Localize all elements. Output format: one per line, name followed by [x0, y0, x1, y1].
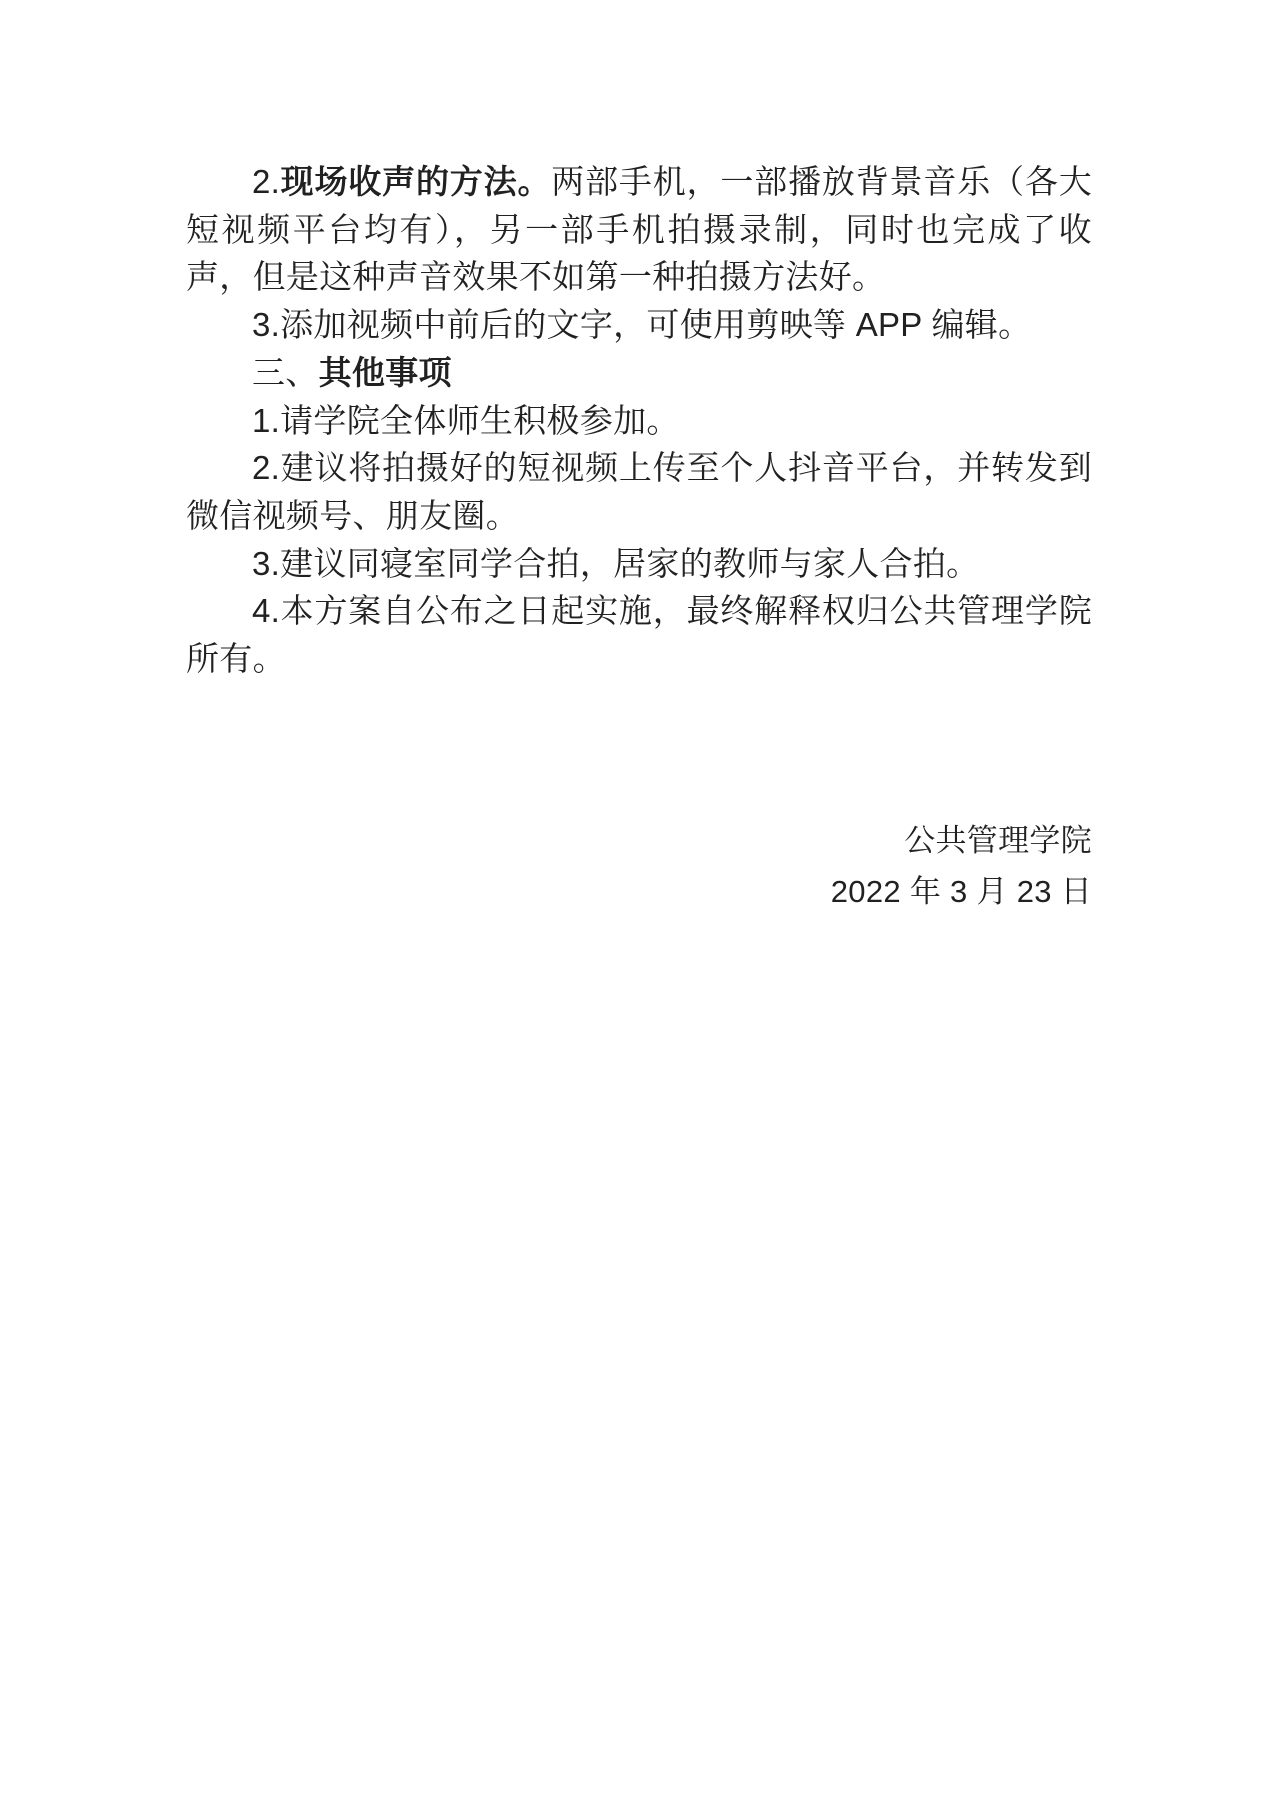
paragraph: 1.请学院全体师生积极参加。: [186, 397, 1092, 445]
signature-organization: 公共管理学院: [186, 815, 1092, 866]
paragraph: 3.建议同寝室同学合拍，居家的教师与家人合拍。: [186, 540, 1092, 588]
paragraph-list: 2.现场收声的方法。两部手机，一部播放背景音乐（各大短视频平台均有），另一部手机…: [186, 158, 1092, 683]
text-run: 4.本方案自公布之日起实施，最终解释权归公共管理学院所有。: [186, 592, 1092, 677]
document-page: 2.现场收声的方法。两部手机，一部播放背景音乐（各大短视频平台均有），另一部手机…: [0, 0, 1279, 1809]
paragraph: 4.本方案自公布之日起实施，最终解释权归公共管理学院所有。: [186, 587, 1092, 682]
paragraph: 3.添加视频中前后的文字，可使用剪映等 APP 编辑。: [186, 301, 1092, 349]
signature-block: 公共管理学院 2022 年 3 月 23 日: [186, 815, 1092, 917]
text-run: 1.请学院全体师生积极参加。: [252, 402, 680, 439]
text-run: 3.建议同寝室同学合拍，居家的教师与家人合拍。: [252, 545, 979, 582]
signature-date: 2022 年 3 月 23 日: [186, 866, 1092, 917]
text-run: 2.: [252, 163, 280, 200]
bold-text-run: 现场收声的方法。: [280, 163, 551, 200]
paragraph: 2.现场收声的方法。两部手机，一部播放背景音乐（各大短视频平台均有），另一部手机…: [186, 158, 1092, 301]
text-run: 3.添加视频中前后的文字，可使用剪映等 APP 编辑。: [252, 306, 1031, 343]
paragraph: 2.建议将拍摄好的短视频上传至个人抖音平台，并转发到微信视频号、朋友圈。: [186, 444, 1092, 539]
text-run: 三、: [252, 354, 319, 391]
bold-text-run: 其他事项: [319, 354, 452, 391]
document-body: 2.现场收声的方法。两部手机，一部播放背景音乐（各大短视频平台均有），另一部手机…: [186, 158, 1092, 917]
section-heading: 三、其他事项: [186, 349, 1092, 397]
text-run: 2.建议将拍摄好的短视频上传至个人抖音平台，并转发到微信视频号、朋友圈。: [186, 449, 1092, 534]
